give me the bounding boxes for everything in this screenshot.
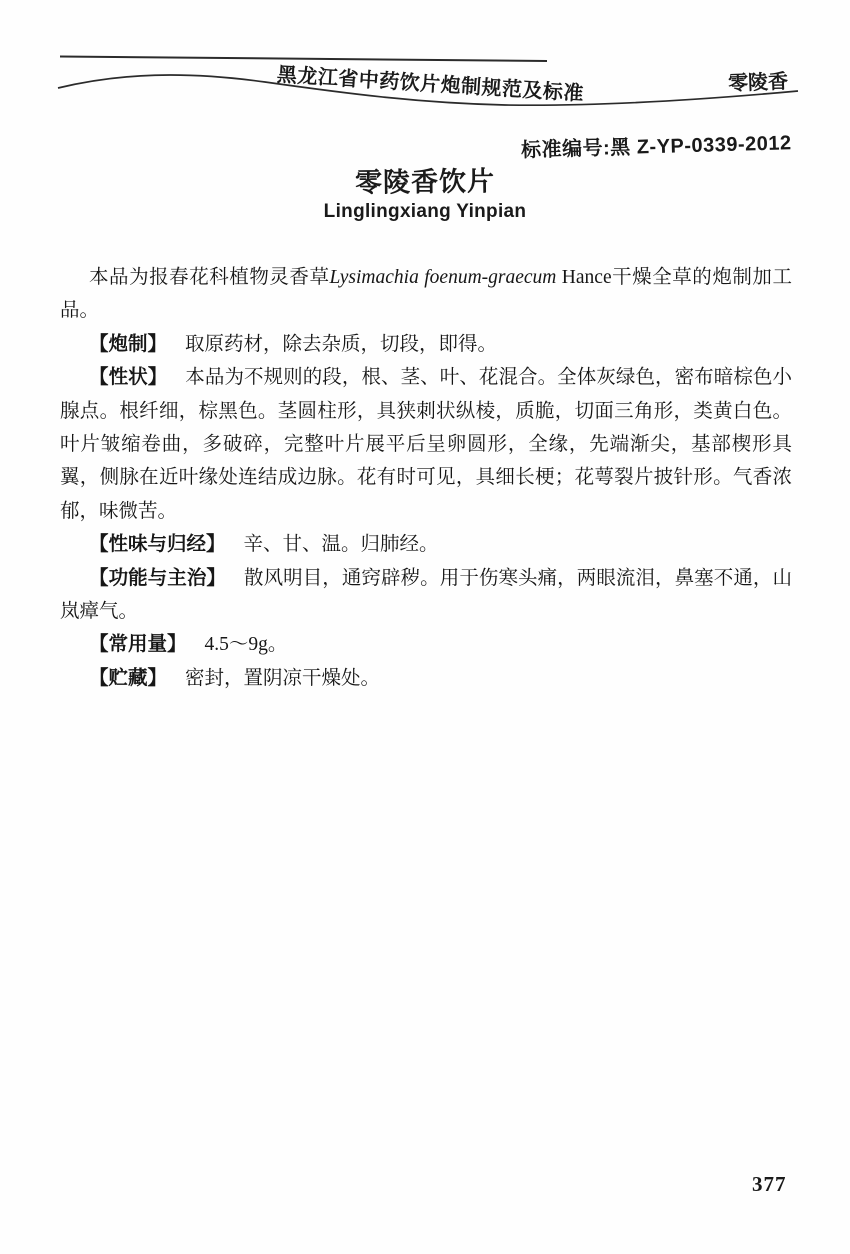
section-label: 【常用量】 [89,633,187,655]
section-gongneng-zhuzhi: 【功能与主治】散风明目，通窍辟秽。用于伤寒头痛，两眼流泪，鼻塞不通，山岚瘴气。 [60,562,792,629]
section-xingzhuang: 【性状】本品为不规则的段，根、茎、叶、花混合。全体灰绿色，密布暗棕色小腺点。根纤… [60,361,792,528]
running-head-chapter-label: 零陵香 [728,65,789,96]
section-text: 辛、甘、温。归肺经。 [244,534,439,555]
intro-latin-name: Lysimachia foenum-graecum [330,267,557,288]
section-changyongliang: 【常用量】4.5～9g。 [60,628,792,661]
section-label: 【性状】 [89,366,167,388]
section-text: 本品为不规则的段，根、茎、叶、花混合。全体灰绿色，密布暗棕色小腺点。根纤细，棕黑… [60,367,792,522]
page-number: 377 [752,1172,787,1197]
section-zhucang: 【贮藏】密封，置阴凉干燥处。 [60,662,792,695]
section-label: 【功能与主治】 [89,567,226,589]
section-label: 【炮制】 [89,333,167,355]
document-body: 本品为报春花科植物灵香草Lysimachia foenum-graecum Ha… [60,261,792,695]
section-label: 【性味与归经】 [89,533,226,555]
page-title-pinyin: Linglingxiang Yinpian [0,201,850,223]
running-head-book-title: 黑龙江省中药饮片炮制规范及标准 [276,58,585,106]
scanned-document-page: 黑龙江省中药饮片炮制规范及标准 零陵香 标准编号:黑 Z-YP-0339-201… [0,0,850,1254]
header-rule-lines [0,0,850,130]
section-paozhi: 【炮制】取原药材，除去杂质，切段，即得。 [60,328,792,361]
page-title: 零陵香饮片 [0,156,850,204]
section-text: 取原药材，除去杂质，切段，即得。 [185,334,497,355]
intro-text-before-latin: 本品为报春花科植物灵香草 [89,267,330,288]
section-xingwei-guijing: 【性味与归经】辛、甘、温。归肺经。 [60,528,792,561]
section-text: 4.5～9g。 [205,634,288,655]
intro-paragraph: 本品为报春花科植物灵香草Lysimachia foenum-graecum Ha… [60,261,792,328]
section-text: 密封，置阴凉干燥处。 [185,668,380,689]
section-label: 【贮藏】 [89,667,167,689]
